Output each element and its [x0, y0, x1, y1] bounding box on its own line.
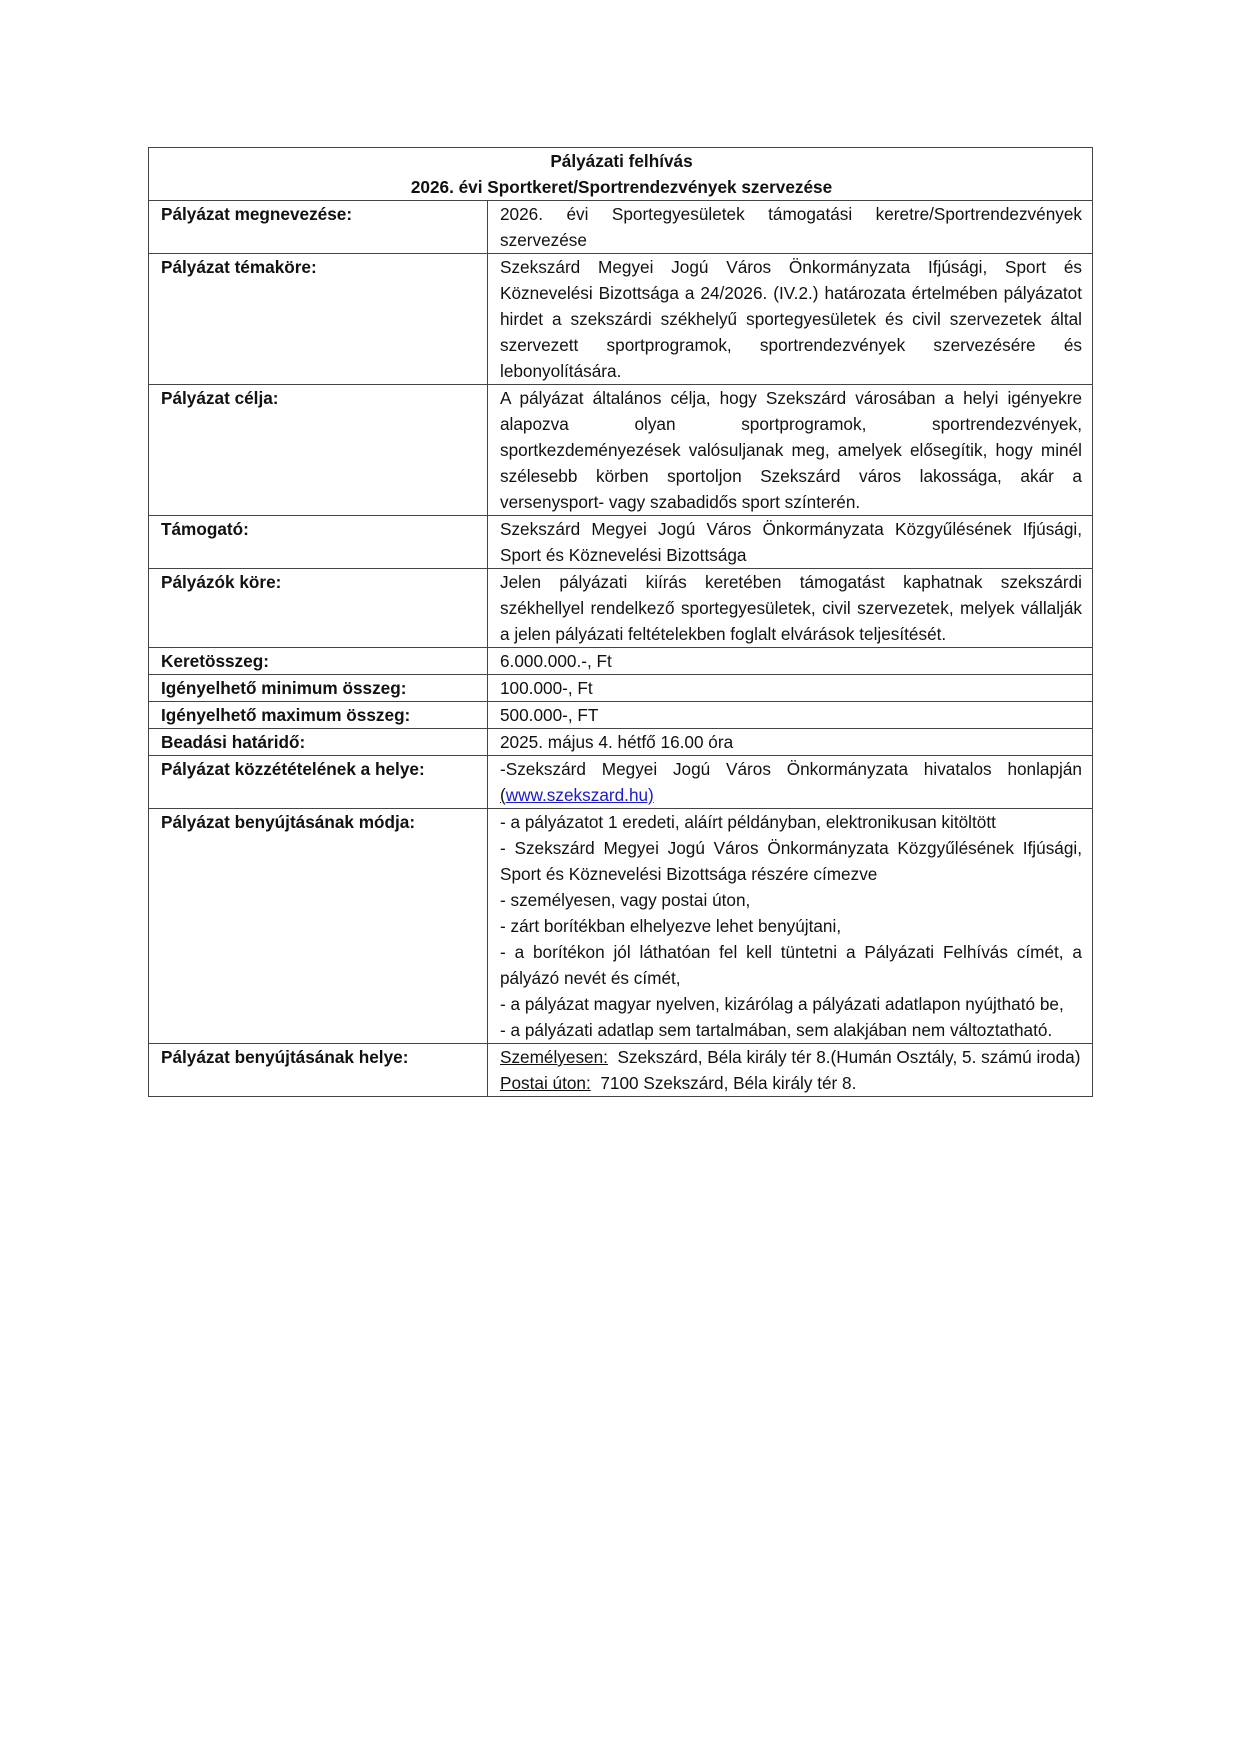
row-value-topic: Szekszárd Megyei Jogú Város Önkormányzat…: [488, 254, 1093, 385]
publication-text: -Szekszárd Megyei Jogú Város Önkormányza…: [500, 759, 1082, 779]
row-value-goal: A pályázat általános célja, hogy Szekszá…: [488, 385, 1093, 516]
row-label-publication: Pályázat közzétételének a helye:: [149, 756, 488, 809]
table-row: Igényelhető minimum összeg: 100.000-, Ft: [149, 675, 1093, 702]
table-title-row: Pályázati felhívás 2026. évi Sportkeret/…: [149, 148, 1093, 201]
row-label-budget: Keretösszeg:: [149, 648, 488, 675]
postal-key: Postai úton:: [500, 1073, 591, 1093]
table-row: Pályázat közzétételének a helye: -Szeksz…: [149, 756, 1093, 809]
row-value-applicants: Jelen pályázati kiírás keretében támogat…: [488, 569, 1093, 648]
in-person-address: Szekszárd, Béla király tér 8.(Humán Oszt…: [618, 1047, 1081, 1067]
postal-address: 7100 Szekszárd, Béla király tér 8.: [600, 1073, 856, 1093]
row-label-supporter: Támogató:: [149, 516, 488, 569]
row-value-deadline: 2025. május 4. hétfő 16.00 óra: [488, 729, 1093, 756]
row-label-name: Pályázat megnevezése:: [149, 201, 488, 254]
table-row: Beadási határidő: 2025. május 4. hétfő 1…: [149, 729, 1093, 756]
call-for-proposals-table: Pályázati felhívás 2026. évi Sportkeret/…: [148, 147, 1093, 1097]
table-row: Pályázat témaköre: Szekszárd Megyei Jogú…: [149, 254, 1093, 385]
row-value-submission-method: - a pályázatot 1 eredeti, aláírt példány…: [488, 809, 1093, 1044]
method-line: - személyesen, vagy postai úton,: [500, 887, 1082, 913]
row-label-submission-place: Pályázat benyújtásának helye:: [149, 1044, 488, 1097]
document-page: Pályázati felhívás 2026. évi Sportkeret/…: [0, 0, 1240, 1754]
table-row: Pályázat benyújtásának helye: Személyese…: [149, 1044, 1093, 1097]
table-row: Támogató: Szekszárd Megyei Jogú Város Ön…: [149, 516, 1093, 569]
row-label-min-amount: Igényelhető minimum összeg:: [149, 675, 488, 702]
table-row: Pályázat benyújtásának módja: - a pályáz…: [149, 809, 1093, 1044]
method-line: - a pályázat magyar nyelven, kizárólag a…: [500, 991, 1082, 1017]
title-line-2: 2026. évi Sportkeret/Sportrendezvények s…: [161, 174, 1082, 200]
in-person-entry: Személyesen: Szekszárd, Béla király tér …: [500, 1044, 1082, 1070]
row-label-applicants: Pályázók köre:: [149, 569, 488, 648]
row-value-budget: 6.000.000.-, Ft: [488, 648, 1093, 675]
table-row: Pályázók köre: Jelen pályázati kiírás ke…: [149, 569, 1093, 648]
row-value-supporter: Szekszárd Megyei Jogú Város Önkormányzat…: [488, 516, 1093, 569]
method-line: - zárt borítékban elhelyezve lehet benyú…: [500, 913, 1082, 939]
website-link[interactable]: www.szekszard.hu): [506, 785, 654, 805]
method-line: - Szekszárd Megyei Jogú Város Önkormányz…: [500, 835, 1082, 887]
row-label-goal: Pályázat célja:: [149, 385, 488, 516]
table-row: Igényelhető maximum összeg: 500.000-, FT: [149, 702, 1093, 729]
table-row: Pályázat megnevezése: 2026. évi Sportegy…: [149, 201, 1093, 254]
row-label-submission-method: Pályázat benyújtásának módja:: [149, 809, 488, 1044]
in-person-key: Személyesen:: [500, 1047, 608, 1067]
postal-entry: Postai úton: 7100 Szekszárd, Béla király…: [500, 1070, 1082, 1096]
method-line: - a borítékon jól láthatóan fel kell tün…: [500, 939, 1082, 991]
row-value-min-amount: 100.000-, Ft: [488, 675, 1093, 702]
row-label-max-amount: Igényelhető maximum összeg:: [149, 702, 488, 729]
row-label-deadline: Beadási határidő:: [149, 729, 488, 756]
method-line: - a pályázatot 1 eredeti, aláírt példány…: [500, 809, 1082, 835]
table-row: Keretösszeg: 6.000.000.-, Ft: [149, 648, 1093, 675]
row-value-publication: -Szekszárd Megyei Jogú Város Önkormányza…: [488, 756, 1093, 809]
title-line-1: Pályázati felhívás: [161, 148, 1082, 174]
table-title: Pályázati felhívás 2026. évi Sportkeret/…: [149, 148, 1093, 201]
row-label-topic: Pályázat témaköre:: [149, 254, 488, 385]
row-value-submission-place: Személyesen: Szekszárd, Béla király tér …: [488, 1044, 1093, 1097]
table-row: Pályázat célja: A pályázat általános cél…: [149, 385, 1093, 516]
row-value-name: 2026. évi Sportegyesületek támogatási ke…: [488, 201, 1093, 254]
method-line: - a pályázati adatlap sem tartalmában, s…: [500, 1017, 1082, 1043]
row-value-max-amount: 500.000-, FT: [488, 702, 1093, 729]
